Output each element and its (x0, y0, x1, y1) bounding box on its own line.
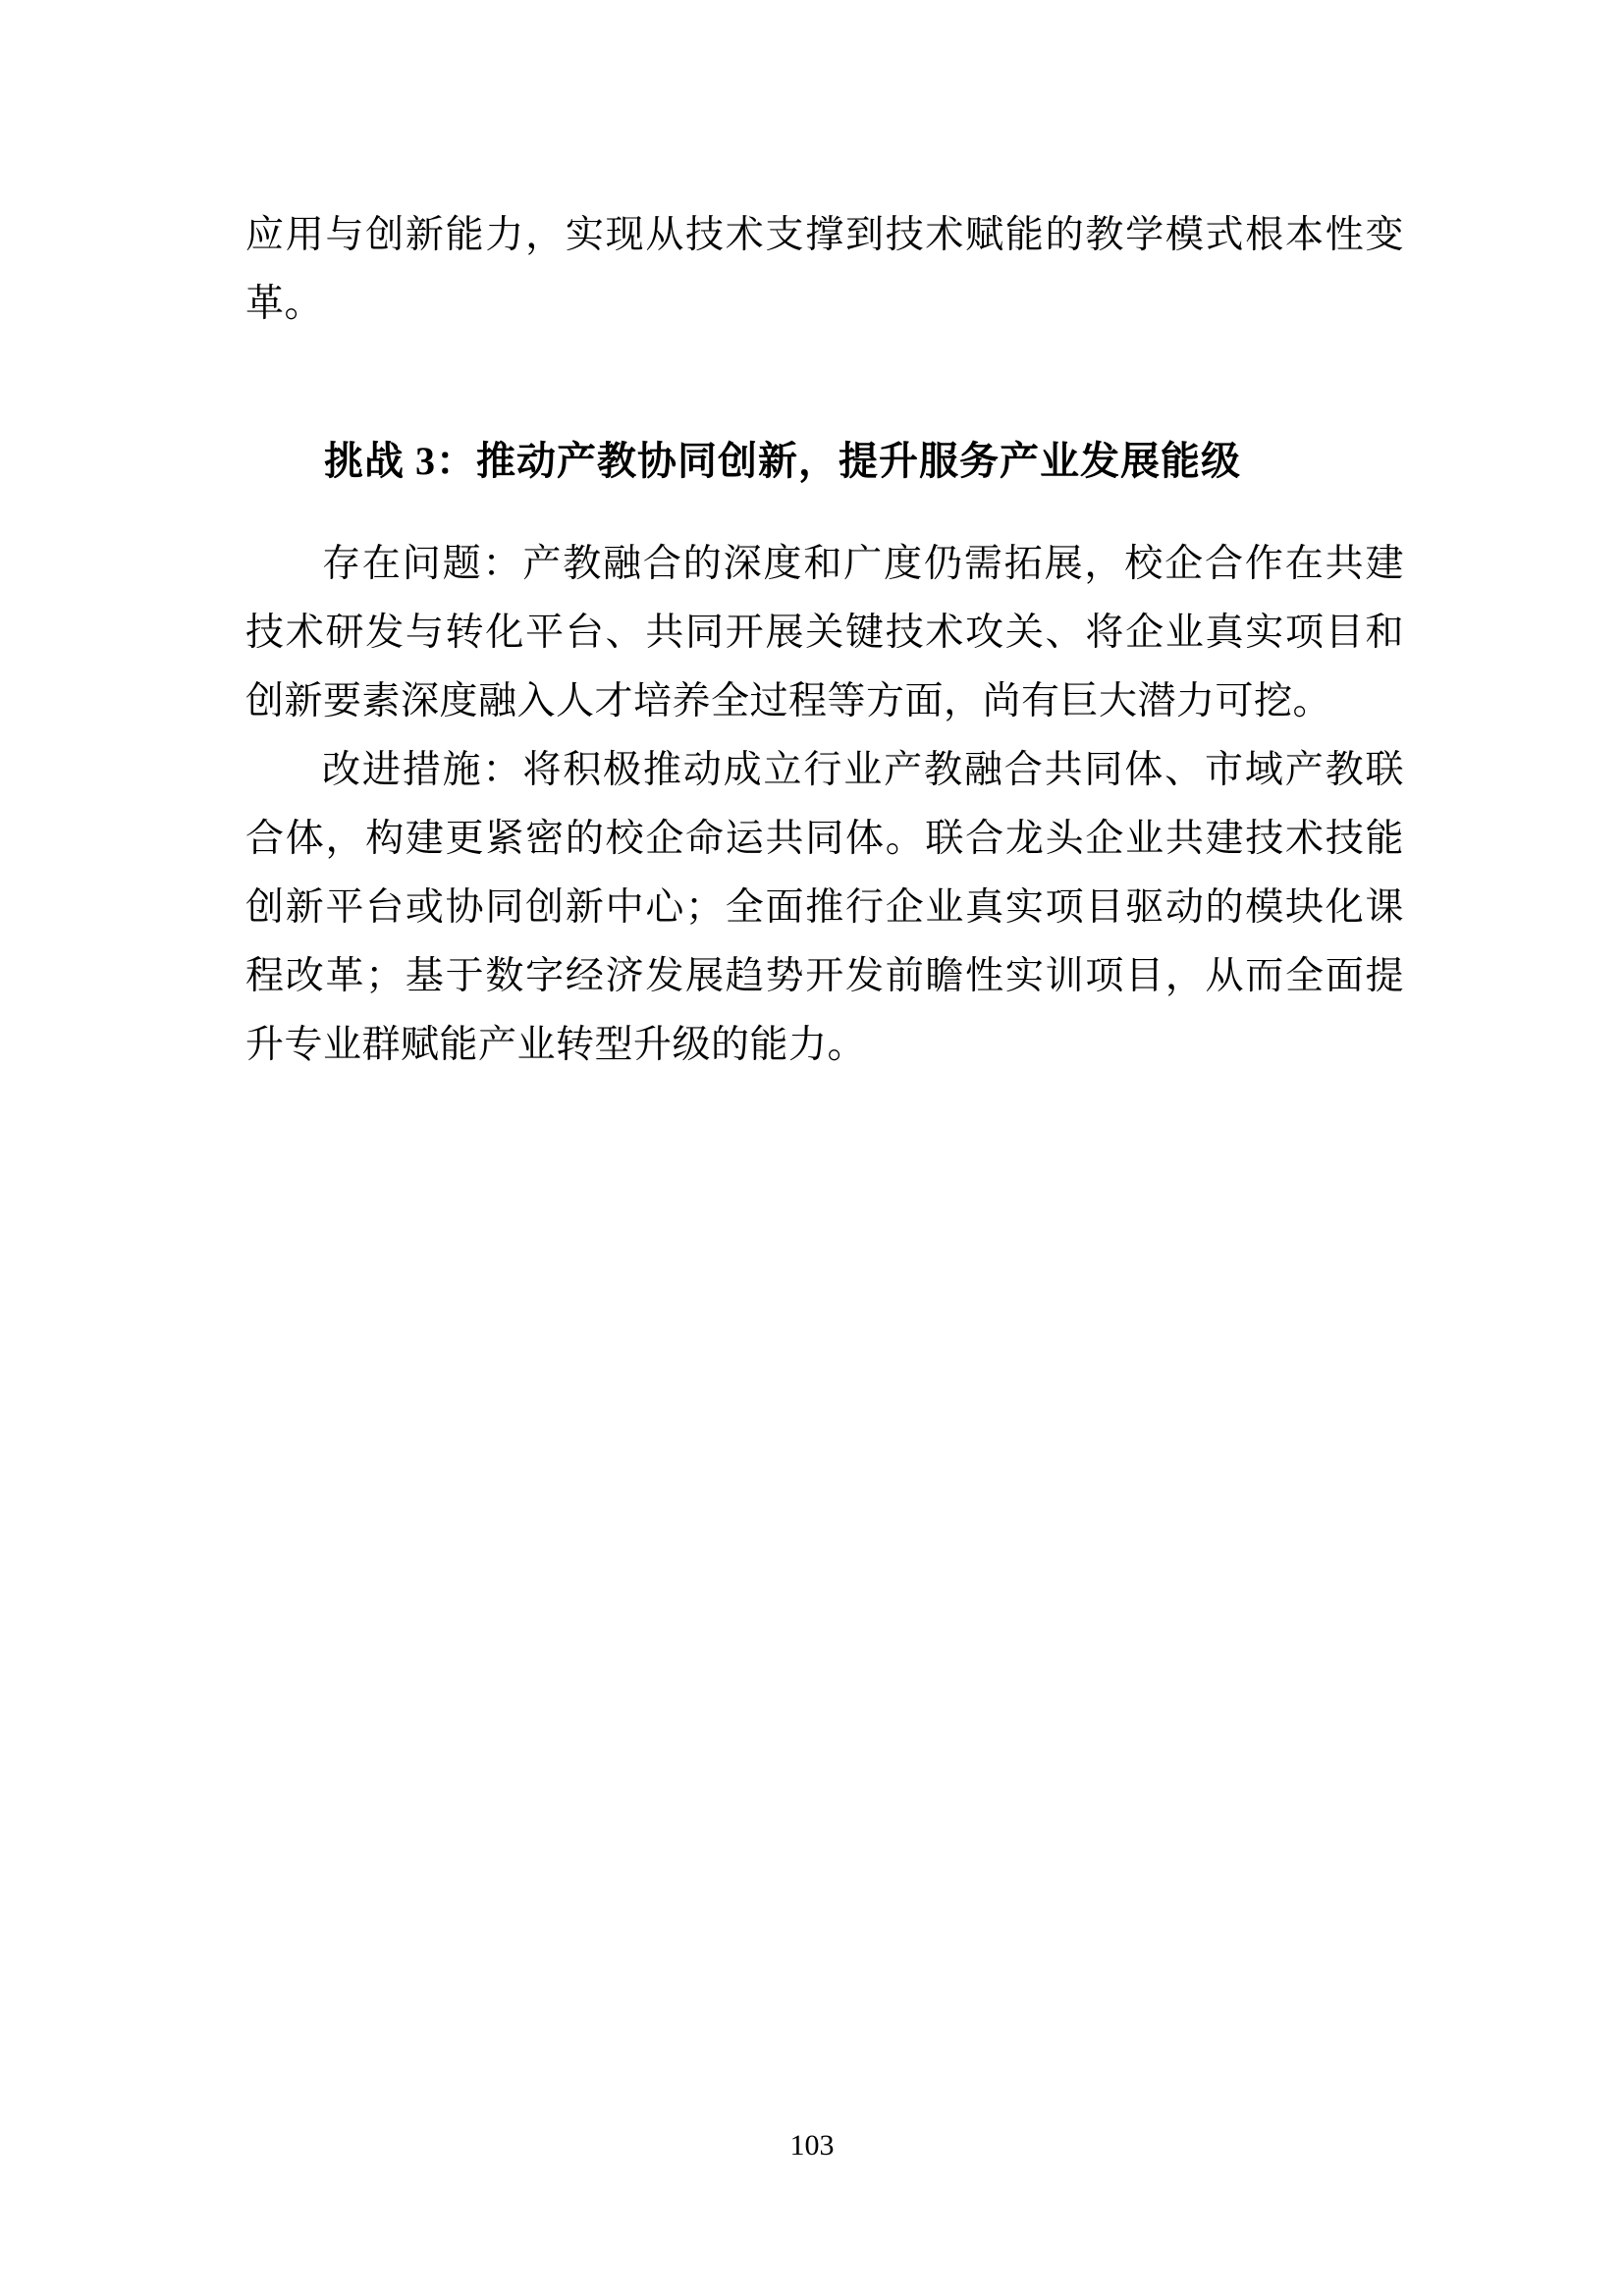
paragraph-improvement-measures: 改进措施：将积极推动成立行业产教融合共同体、市域产教联合体，构建更紧密的校企命运… (245, 736, 1404, 1080)
paragraph-existing-problems: 存在问题：产教融合的深度和广度仍需拓展，校企合作在共建技术研发与转化平台、共同开… (245, 530, 1404, 736)
document-body: 应用与创新能力，实现从技术支撑到技术赋能的教学模式根本性变革。 挑战 3：推动产… (245, 201, 1404, 1080)
section-heading-challenge-3: 挑战 3：推动产教协同创新，提升服务产业发展能级 (245, 427, 1404, 496)
page-number: 103 (790, 2129, 835, 2162)
page-footer: 103 (0, 2131, 1624, 2161)
paragraph-continuation: 应用与创新能力，实现从技术支撑到技术赋能的教学模式根本性变革。 (245, 201, 1404, 339)
document-page: 应用与创新能力，实现从技术支撑到技术赋能的教学模式根本性变革。 挑战 3：推动产… (0, 0, 1624, 2296)
